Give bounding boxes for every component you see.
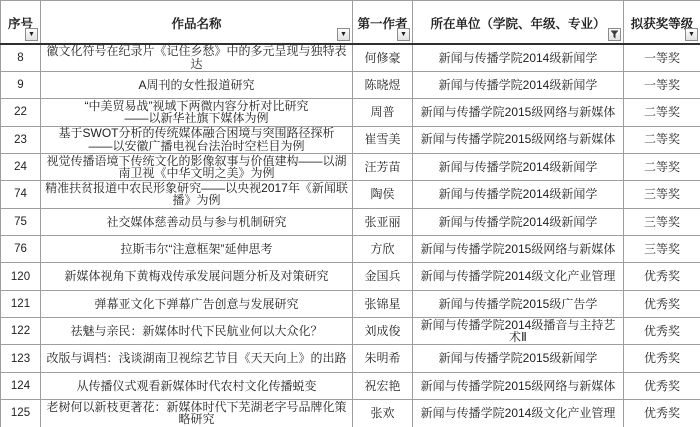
cell-serial[interactable]: 123 [1,345,41,372]
table-row: 74 精准扶贫报道中农民形象研究——以央视2017年《新闻联播》为例 陶侯 新闻… [1,181,700,208]
award-value: 三等奖 [644,215,680,229]
award-value: 一等奖 [644,78,680,92]
cell-title[interactable]: 祛魅与亲民：新媒体时代下民航业何以大众化？ [41,318,353,345]
author-value: 张锦星 [364,297,400,311]
serial-value: 76 [14,243,27,255]
title-value: 弹幕亚文化下弹幕广告创意与发展研究 [94,297,298,311]
serial-value: 23 [14,134,27,146]
cell-title[interactable]: A周刊的女性报道研究 [41,71,353,98]
filter-funnel-icon [610,30,619,39]
cell-author[interactable]: 崔雪美 [353,126,413,153]
author-value: 周普 [370,105,394,119]
cell-author[interactable]: 方欣 [353,236,413,263]
column-header-title: 作品名称 ▼ [41,1,353,45]
cell-unit[interactable]: 新闻与传播学院2014级新闻学 [413,181,624,208]
author-value: 何修豪 [364,51,400,65]
cell-author[interactable]: 汪芳苗 [353,153,413,180]
table-row: 120 新媒体视角下黄梅戏传承发展问题分析及对策研究 金国兵 新闻与传播学院20… [1,263,700,290]
cell-author[interactable]: 朱明希 [353,345,413,372]
award-value: 三等奖 [644,242,680,256]
author-value: 刘成俊 [364,324,400,338]
cell-award[interactable]: 优秀奖 [624,263,700,290]
cell-author[interactable]: 祝宏艳 [353,372,413,399]
cell-award[interactable]: 一等奖 [624,71,700,98]
table-row: 121 弹幕亚文化下弹幕广告创意与发展研究 张锦星 新闻与传播学院2015级广告… [1,290,700,317]
author-value: 张欢 [370,406,394,420]
cell-award[interactable]: 三等奖 [624,236,700,263]
cell-serial[interactable]: 22 [1,99,41,126]
cell-award[interactable]: 三等奖 [624,208,700,235]
cell-unit[interactable]: 新闻与传播学院2015级广告学 [413,290,624,317]
cell-award[interactable]: 优秀奖 [624,372,700,399]
serial-value: 22 [14,106,27,118]
cell-title[interactable]: 拉斯韦尔“注意框架”延伸思考 [41,236,353,263]
title-value: A周刊的女性报道研究 [138,78,254,92]
cell-unit[interactable]: 新闻与传播学院2015级网络与新媒体 [413,126,624,153]
title-value: 从传播仪式观看新媒体时代农村文化传播蜕变 [76,379,316,393]
cell-unit[interactable]: 新闻与传播学院2014级新闻学 [413,208,624,235]
serial-value: 122 [11,325,30,337]
title-value: 老树何以新枝更著花：新媒体时代下芜湖老字号品牌化策略研究 [46,400,346,427]
cell-serial[interactable]: 121 [1,290,41,317]
filter-button[interactable]: ▼ [25,28,38,41]
author-value: 金国兵 [364,269,400,283]
unit-value: 新闻与传播学院2014级新闻学 [439,187,598,201]
dropdown-arrow-icon: ▼ [688,31,695,38]
unit-value: 新闻与传播学院2014级新闻学 [439,160,598,174]
table-row: 23 基于SWOT分析的传统媒体融合困境与突围路径探析 ——以安徽广播电视台法治… [1,126,700,153]
table-row: 75 社交媒体慈善动员与参与机制研究 张亚丽 新闻与传播学院2014级新闻学 三… [1,208,700,235]
cell-title[interactable]: 徽文化符号在纪录片《记住乡愁》中的多元呈现与独特表达 [41,44,353,71]
table-row: 123 改版与调档：浅谈湖南卫视综艺节目《天天向上》的出路 朱明希 新闻与传播学… [1,345,700,372]
unit-value: 新闻与传播学院2014级新闻学 [439,51,598,65]
award-value: 优秀奖 [644,379,680,393]
cell-award[interactable]: 二等奖 [624,153,700,180]
column-header-label: 作品名称 [43,18,350,32]
cell-serial[interactable]: 24 [1,153,41,180]
serial-value: 121 [11,298,30,310]
unit-value: 新闻与传播学院2015级网络与新媒体 [421,379,616,393]
dropdown-arrow-icon: ▼ [400,31,407,38]
author-value: 陶侯 [370,187,394,201]
cell-award[interactable]: 优秀奖 [624,345,700,372]
cell-award[interactable]: 优秀奖 [624,318,700,345]
cell-serial[interactable]: 124 [1,372,41,399]
serial-value: 24 [14,161,27,173]
cell-unit[interactable]: 新闻与传播学院2014级文化产业管理 [413,400,624,427]
award-value: 二等奖 [644,105,680,119]
title-value: 新媒体视角下黄梅戏传承发展问题分析及对策研究 [64,269,328,283]
cell-author[interactable]: 刘成俊 [353,318,413,345]
cell-award[interactable]: 一等奖 [624,44,700,71]
cell-unit[interactable]: 新闻与传播学院2015级网络与新媒体 [413,99,624,126]
author-value: 崔雪美 [364,132,400,146]
cell-award[interactable]: 三等奖 [624,181,700,208]
unit-value: 新闻与传播学院2014级新闻学 [439,78,598,92]
cell-author[interactable]: 何修豪 [353,44,413,71]
table-row: 124 从传播仪式观看新媒体时代农村文化传播蜕变 祝宏艳 新闻与传播学院2015… [1,372,700,399]
cell-unit[interactable]: 新闻与传播学院2014级新闻学 [413,44,624,71]
serial-value: 8 [17,52,23,64]
cell-title[interactable]: 弹幕亚文化下弹幕广告创意与发展研究 [41,290,353,317]
dropdown-arrow-icon: ▼ [340,31,347,38]
awards-table: 序号 ▼ 作品名称 ▼ 第一作者 ▼ [0,0,700,427]
serial-value: 120 [11,271,30,283]
serial-value: 123 [11,353,30,365]
cell-author[interactable]: 张锦星 [353,290,413,317]
cell-author[interactable]: 张亚丽 [353,208,413,235]
cell-serial[interactable]: 75 [1,208,41,235]
cell-title[interactable]: 精准扶贫报道中农民形象研究——以央视2017年《新闻联播》为例 [41,181,353,208]
table-row: 8 徽文化符号在纪录片《记住乡愁》中的多元呈现与独特表达 何修豪 新闻与传播学院… [1,44,700,71]
unit-value: 新闻与传播学院2015级网络与新媒体 [421,132,616,146]
cell-unit[interactable]: 新闻与传播学院2014级新闻学 [413,71,624,98]
author-value: 方欣 [370,242,394,256]
cell-author[interactable]: 陈晓煜 [353,71,413,98]
award-value: 优秀奖 [644,406,680,420]
filter-button[interactable]: ▼ [337,28,350,41]
serial-value: 75 [14,216,27,228]
cell-author[interactable]: 张欢 [353,400,413,427]
title-value: 改版与调档：浅谈湖南卫视综艺节目《天天向上》的出路 [46,351,346,365]
cell-award[interactable]: 二等奖 [624,126,700,153]
serial-value: 9 [17,79,23,91]
table-row: 76 拉斯韦尔“注意框架”延伸思考 方欣 新闻与传播学院2015级网络与新媒体 … [1,236,700,263]
serial-value: 124 [11,380,30,392]
award-value: 优秀奖 [644,269,680,283]
filter-button[interactable]: ▼ [608,28,621,41]
cell-unit[interactable]: 新闻与传播学院2014级文化产业管理 [413,263,624,290]
unit-value: 新闻与传播学院2015级新闻学 [439,351,598,365]
table-row: 22 “中美贸易战”视域下两微内容分析对比研究 ——以新华社旗下媒体为例 周普 … [1,99,700,126]
author-value: 汪芳苗 [364,160,400,174]
award-value: 三等奖 [644,187,680,201]
filter-button[interactable]: ▼ [685,28,698,41]
cell-serial[interactable]: 122 [1,318,41,345]
column-header-serial: 序号 ▼ [1,1,41,45]
title-value: 徽文化符号在纪录片《记住乡愁》中的多元呈现与独特表达 [46,44,346,71]
unit-value: 新闻与传播学院2014级文化产业管理 [421,406,616,420]
title-value: 视觉传播语境下传统文化的影像叙事与价值建构——以湖南卫视《中华文明之美》为例 [46,154,346,181]
column-header-label: 所在单位（学院、年级、专业） [415,18,621,32]
cell-unit[interactable]: 新闻与传播学院2015级网络与新媒体 [413,236,624,263]
unit-value: 新闻与传播学院2014级播音与主持艺术Ⅱ [421,318,616,345]
header-row: 序号 ▼ 作品名称 ▼ 第一作者 ▼ [1,1,700,45]
serial-value: 125 [11,407,30,419]
author-value: 张亚丽 [364,215,400,229]
unit-value: 新闻与传播学院2014级文化产业管理 [421,269,616,283]
filter-button[interactable]: ▼ [397,28,410,41]
title-value: 祛魅与亲民：新媒体时代下民航业何以大众化？ [70,324,322,338]
title-value: 拉斯韦尔“注意框架”延伸思考 [121,242,273,256]
unit-value: 新闻与传播学院2015级广告学 [439,297,598,311]
cell-title[interactable]: 社交媒体慈善动员与参与机制研究 [41,208,353,235]
table-row: 24 视觉传播语境下传统文化的影像叙事与价值建构——以湖南卫视《中华文明之美》为… [1,153,700,180]
table-row: 9 A周刊的女性报道研究 陈晓煜 新闻与传播学院2014级新闻学 一等奖 [1,71,700,98]
title-value: 精准扶贫报道中农民形象研究——以央视2017年《新闻联播》为例 [45,181,348,208]
title-value: 社交媒体慈善动员与参与机制研究 [106,215,286,229]
cell-serial[interactable]: 74 [1,181,41,208]
author-value: 朱明希 [364,351,400,365]
unit-value: 新闻与传播学院2015级网络与新媒体 [421,105,616,119]
award-value: 优秀奖 [644,297,680,311]
title-value: 基于SWOT分析的传统媒体融合困境与突围路径探析 ——以安徽广播电视台法治时空栏… [59,126,335,153]
column-header-award: 拟获奖等级 ▼ [624,1,700,45]
cell-unit[interactable]: 新闻与传播学院2014级新闻学 [413,153,624,180]
unit-value: 新闻与传播学院2014级新闻学 [439,215,598,229]
cell-unit[interactable]: 新闻与传播学院2014级播音与主持艺术Ⅱ [413,318,624,345]
award-value: 二等奖 [644,132,680,146]
cell-unit[interactable]: 新闻与传播学院2015级新闻学 [413,345,624,372]
cell-serial[interactable]: 23 [1,126,41,153]
cell-serial[interactable]: 8 [1,44,41,71]
cell-serial[interactable]: 76 [1,236,41,263]
serial-value: 74 [14,188,27,200]
column-header-unit: 所在单位（学院、年级、专业） ▼ [413,1,624,45]
unit-value: 新闻与传播学院2015级网络与新媒体 [421,242,616,256]
cell-title[interactable]: 从传播仪式观看新媒体时代农村文化传播蜕变 [41,372,353,399]
award-value: 优秀奖 [644,324,680,338]
cell-title[interactable]: 老树何以新枝更著花：新媒体时代下芜湖老字号品牌化策略研究 [41,400,353,427]
table-row: 122 祛魅与亲民：新媒体时代下民航业何以大众化？ 刘成俊 新闻与传播学院201… [1,318,700,345]
cell-title[interactable]: 改版与调档：浅谈湖南卫视综艺节目《天天向上》的出路 [41,345,353,372]
award-value: 优秀奖 [644,351,680,365]
cell-author[interactable]: 周普 [353,99,413,126]
cell-author[interactable]: 金国兵 [353,263,413,290]
dropdown-arrow-icon: ▼ [28,31,35,38]
table-body: 8 徽文化符号在纪录片《记住乡愁》中的多元呈现与独特表达 何修豪 新闻与传播学院… [1,44,700,427]
cell-unit[interactable]: 新闻与传播学院2015级网络与新媒体 [413,372,624,399]
column-header-author: 第一作者 ▼ [353,1,413,45]
cell-serial[interactable]: 9 [1,71,41,98]
award-value: 二等奖 [644,160,680,174]
cell-award[interactable]: 优秀奖 [624,400,700,427]
cell-award[interactable]: 优秀奖 [624,290,700,317]
cell-title[interactable]: “中美贸易战”视域下两微内容分析对比研究 ——以新华社旗下媒体为例 [41,99,353,126]
title-value: “中美贸易战”视域下两微内容分析对比研究 ——以新华社旗下媒体为例 [85,99,309,126]
cell-serial[interactable]: 120 [1,263,41,290]
author-value: 陈晓煜 [364,78,400,92]
cell-title[interactable]: 基于SWOT分析的传统媒体融合困境与突围路径探析 ——以安徽广播电视台法治时空栏… [41,126,353,153]
cell-serial[interactable]: 125 [1,400,41,427]
cell-title[interactable]: 新媒体视角下黄梅戏传承发展问题分析及对策研究 [41,263,353,290]
award-value: 一等奖 [644,51,680,65]
cell-award[interactable]: 二等奖 [624,99,700,126]
author-value: 祝宏艳 [364,379,400,393]
cell-author[interactable]: 陶侯 [353,181,413,208]
cell-title[interactable]: 视觉传播语境下传统文化的影像叙事与价值建构——以湖南卫视《中华文明之美》为例 [41,153,353,180]
table-row: 125 老树何以新枝更著花：新媒体时代下芜湖老字号品牌化策略研究 张欢 新闻与传… [1,400,700,427]
